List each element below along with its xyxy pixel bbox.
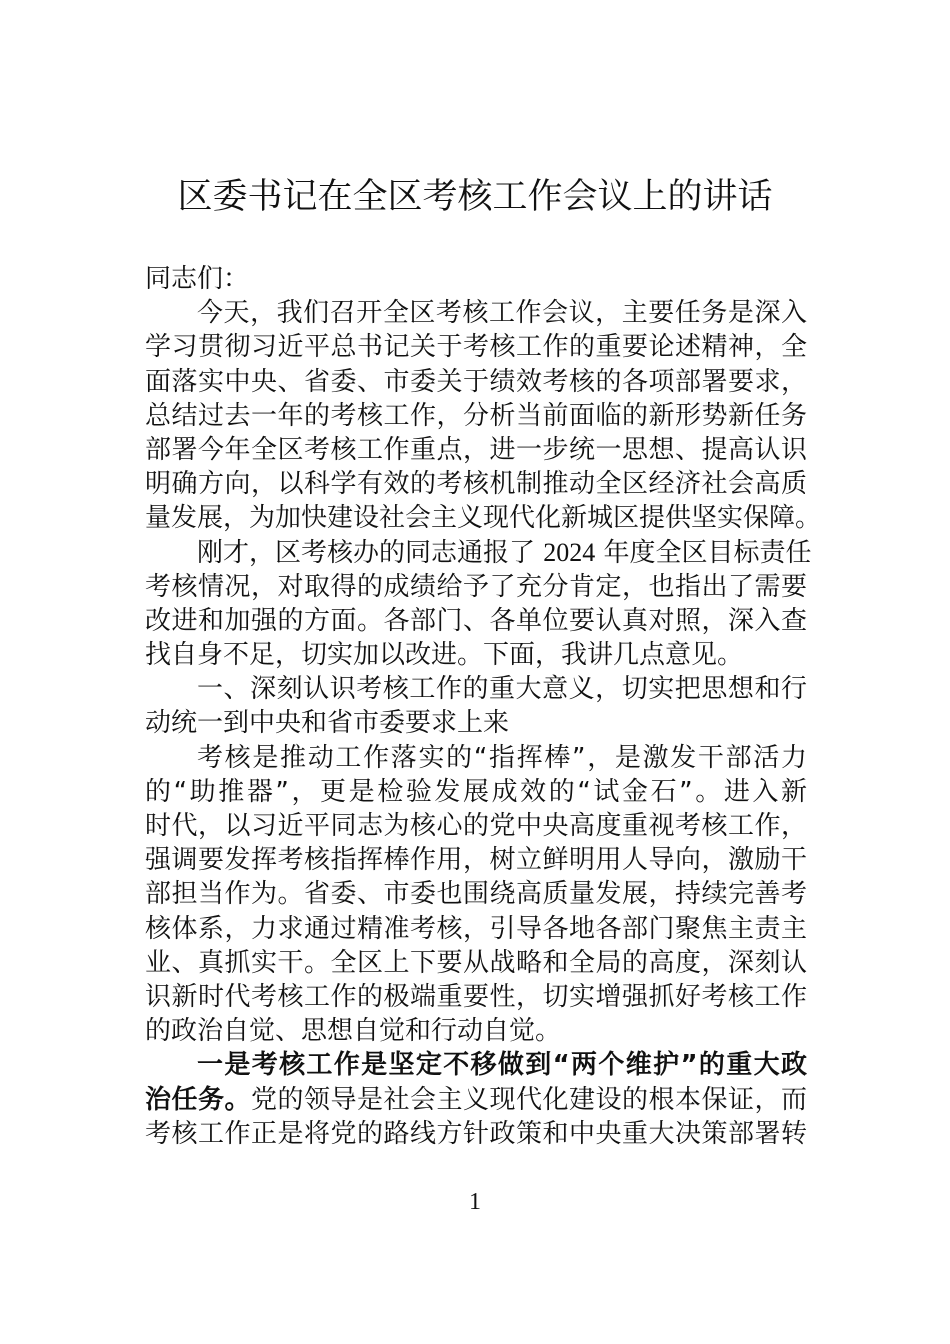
paragraph-line: 刚才，区考核办的同志通报了 2024 年度全区目标责任	[145, 536, 807, 570]
section-heading-line: 动统一到中央和省市委要求上来	[145, 706, 807, 740]
paragraph-line: 的政治自觉、思想自觉和行动自觉。	[145, 1014, 807, 1048]
paragraph-line: 量发展，为加快建设社会主义现代化新城区提供坚实保障。	[145, 501, 807, 535]
paragraph-line: 考核情况，对取得的成绩给予了充分肯定，也指出了需要	[145, 570, 807, 604]
line-text: 年度全区目标责任	[604, 538, 812, 568]
paragraph-line: 治任务。党的领导是社会主义现代化建设的根本保证，而	[145, 1083, 807, 1117]
paragraph-line: 强调要发挥考核指挥棒作用，树立鲜明用人导向，激励干	[145, 843, 807, 877]
year-number: 2024	[543, 538, 595, 567]
paragraph-line: 核体系，力求通过精准考核，引导各地各部门聚焦主责主	[145, 912, 807, 946]
paragraph-line: 明确方向，以科学有效的考核机制推动全区经济社会高质	[145, 467, 807, 501]
paragraph-line: 今天，我们召开全区考核工作会议，主要任务是深入	[145, 296, 807, 330]
salutation: 同志们：	[145, 262, 807, 296]
paragraph-line: 的“助推器”，更是检验发展成效的“试金石”。进入新	[145, 775, 807, 809]
page-number: 1	[0, 1186, 950, 1218]
document-title: 区委书记在全区考核工作会议上的讲话	[0, 172, 950, 222]
paragraph-line: 找自身不足，切实加以改进。下面，我讲几点意见。	[145, 638, 807, 672]
document-body: 同志们： 今天，我们召开全区考核工作会议，主要任务是深入 学习贯彻习近平总书记关…	[145, 262, 807, 1151]
bold-lead-text: 治任务。	[145, 1085, 251, 1115]
paragraph-line: 改进和加强的方面。各部门、各单位要认真对照，深入查	[145, 604, 807, 638]
paragraph-line: 面落实中央、省委、市委关于绩效考核的各项部署要求，	[145, 365, 807, 399]
paragraph-line: 考核工作正是将党的路线方针政策和中央重大决策部署转	[145, 1117, 807, 1151]
paragraph-line: 部署今年全区考核工作重点，进一步统一思想、提高认识	[145, 433, 807, 467]
paragraph-line: 总结过去一年的考核工作，分析当前面临的新形势新任务	[145, 399, 807, 433]
line-text: 党的领导是社会主义现代化建设的根本保证，而	[251, 1085, 807, 1115]
paragraph-line: 学习贯彻习近平总书记关于考核工作的重要论述精神，全	[145, 330, 807, 364]
paragraph-line: 考核是推动工作落实的“指挥棒”，是激发干部活力	[145, 741, 807, 775]
paragraph-line: 时代，以习近平同志为核心的党中央高度重视考核工作，	[145, 809, 807, 843]
document-page: 区委书记在全区考核工作会议上的讲话 同志们： 今天，我们召开全区考核工作会议，主…	[0, 0, 950, 1344]
paragraph-line: 识新时代考核工作的极端重要性，切实增强抓好考核工作	[145, 980, 807, 1014]
section-heading-line: 一、深刻认识考核工作的重大意义，切实把思想和行	[145, 672, 807, 706]
line-text: 刚才，区考核办的同志通报了	[197, 538, 535, 568]
paragraph-line: 部担当作为。省委、市委也围绕高质量发展，持续完善考	[145, 877, 807, 911]
paragraph-line: 业、真抓实干。全区上下要从战略和全局的高度，深刻认	[145, 946, 807, 980]
bold-lead-line: 一是考核工作是坚定不移做到“两个维护”的重大政	[145, 1048, 807, 1082]
